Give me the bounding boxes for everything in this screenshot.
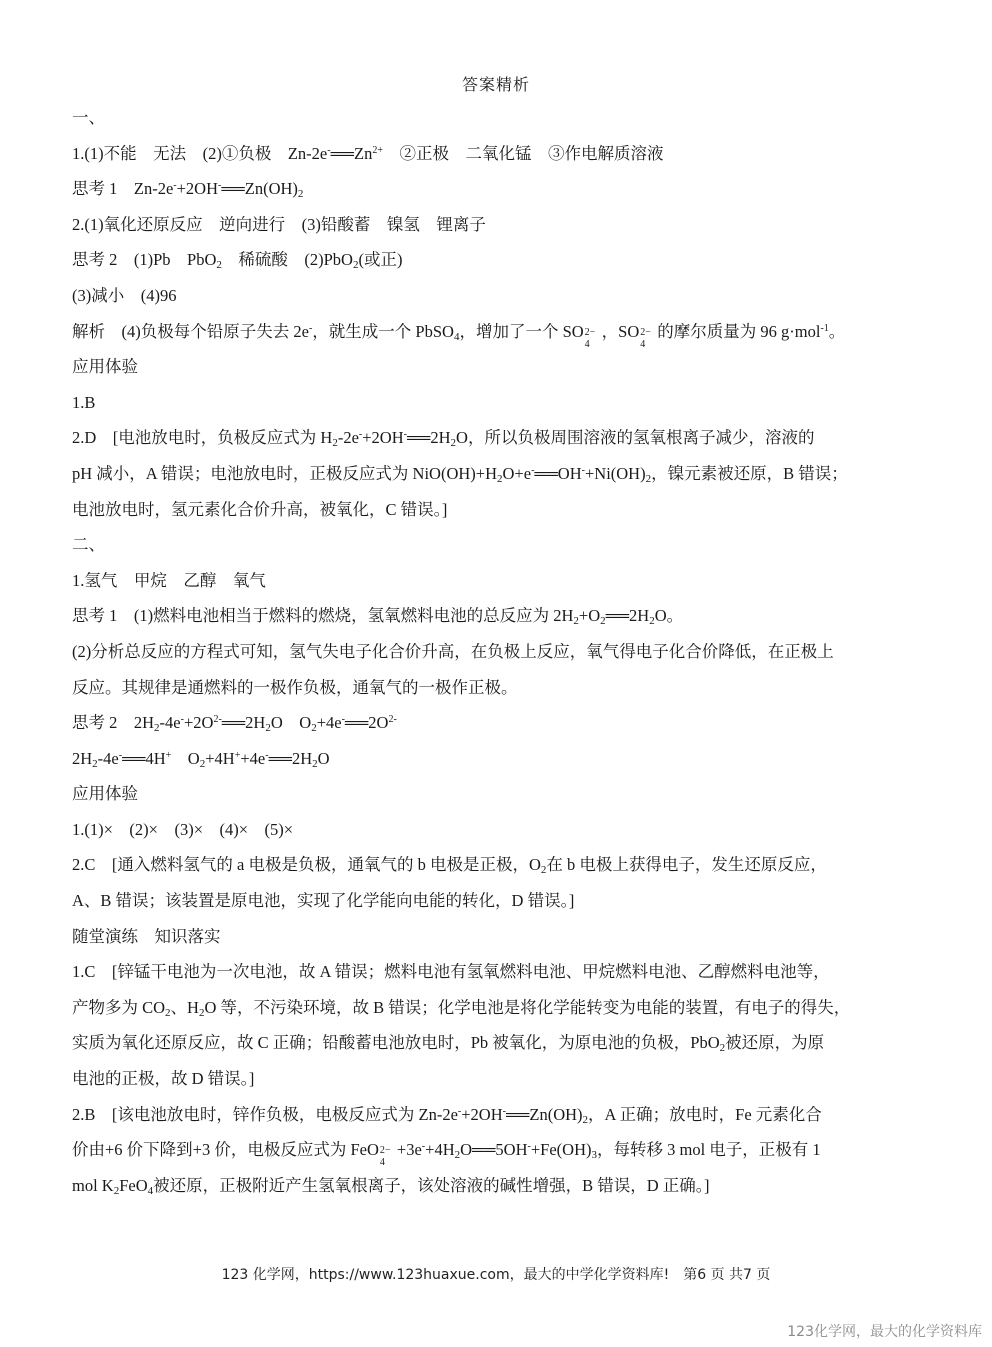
practice-answer-2c: mol K2FeO4被还原，正极附近产生氢氧根离子，该处溶液的碱性增强，B 错误… <box>72 1168 932 1204</box>
section-heading-1: 一、 <box>72 100 932 136</box>
think-3b: (2)分析总反应的方程式可知，氢气失电子化合价升高，在负极上反应，氧气得电子化合… <box>72 634 932 670</box>
answer-q1-1: 1.(1)不能 无法 (2)①负极 Zn-2e-══Zn2+ ②正极 二氧化锰 … <box>72 136 932 172</box>
apply-2-answer-2a: 2.C [通入燃料氢气的 a 电极是负极，通氧气的 b 电极是正极，O2在 b … <box>72 847 932 883</box>
think-1: 思考 1 Zn-2e-+2OH-══Zn(OH)2 <box>72 171 932 207</box>
ion-notation: 2−4 <box>584 327 602 337</box>
apply-heading-2: 应用体验 <box>72 776 932 812</box>
think-4a: 思考 2 2H2-4e-+2O2-══2H2O O2+4e-══2O2- <box>72 705 932 741</box>
practice-answer-1a: 1.C [锌锰干电池为一次电池，故 A 错误；燃料电池有氢氧燃料电池、甲烷燃料电… <box>72 954 932 990</box>
apply-2-answer-2b: A、B 错误；该装置是原电池，实现了化学能向电能的转化，D 错误。] <box>72 883 932 919</box>
practice-answer-1d: 电池的正极，故 D 错误。] <box>72 1061 932 1097</box>
section-heading-2: 二、 <box>72 527 932 563</box>
think-2: 思考 2 (1)Pb PbO2 稀硫酸 (2)PbO2(或正) <box>72 242 932 278</box>
apply-1-answer-2b: pH 减小，A 错误；电池放电时，正极反应式为 NiO(OH)+H2O+e-══… <box>72 456 932 492</box>
think-4b: 2H2-4e-══4H+ O2+4H++4e-══2H2O <box>72 741 932 777</box>
apply-heading-1: 应用体验 <box>72 349 932 385</box>
page-footer: 123 化学网，https://www.123huaxue.com，最大的中学化… <box>0 1264 992 1284</box>
practice-answer-1c: 实质为氧化还原反应，故 C 正确；铅酸蓄电池放电时，Pb 被氧化，为原电池的负极… <box>72 1025 932 1061</box>
think-3c: 反应。其规律是通燃料的一极作负极，通氧气的一极作正极。 <box>72 670 932 706</box>
ion-notation: 2−4 <box>379 1145 397 1155</box>
watermark: 123化学网，最大的化学资料库 <box>787 1321 982 1341</box>
apply-2-answer-1: 1.(1)× (2)× (3)× (4)× (5)× <box>72 812 932 848</box>
answer-q1-2: 2.(1)氧化还原反应 逆向进行 (3)铅酸蓄 镍氢 锂离子 <box>72 207 932 243</box>
practice-heading: 随堂演练 知识落实 <box>72 919 932 955</box>
practice-answer-2a: 2.B [该电池放电时，锌作负极，电极反应式为 Zn-2e-+2OH-══Zn(… <box>72 1097 932 1133</box>
apply-1-answer-2a: 2.D [电池放电时，负极反应式为 H2-2e-+2OH-══2H2O，所以负极… <box>72 420 932 456</box>
practice-answer-2b: 价由+6 价下降到+3 价，电极反应式为 FeO2−4+3e-+4H2O══5O… <box>72 1132 932 1168</box>
think-2-cont: (3)减小 (4)96 <box>72 278 932 314</box>
apply-1-answer-1: 1.B <box>72 385 932 421</box>
ion-notation: 2−4 <box>639 327 657 337</box>
answer-q2-1: 1.氢气 甲烷 乙醇 氧气 <box>72 563 932 599</box>
analysis: 解析 (4)负极每个铅原子失去 2e-，就生成一个 PbSO4，增加了一个 SO… <box>72 314 932 350</box>
think-3a: 思考 1 (1)燃料电池相当于燃料的燃烧，氢氧燃料电池的总反应为 2H2+O2═… <box>72 598 932 634</box>
answer-body: 一、 1.(1)不能 无法 (2)①负极 Zn-2e-══Zn2+ ②正极 二氧… <box>72 100 932 1203</box>
practice-answer-1b: 产物多为 CO2、H2O 等，不污染环境，故 B 错误；化学电池是将化学能转变为… <box>72 990 932 1026</box>
page-title: 答案精析 <box>0 72 992 95</box>
apply-1-answer-2c: 电池放电时，氢元素化合价升高，被氧化，C 错误。] <box>72 492 932 528</box>
